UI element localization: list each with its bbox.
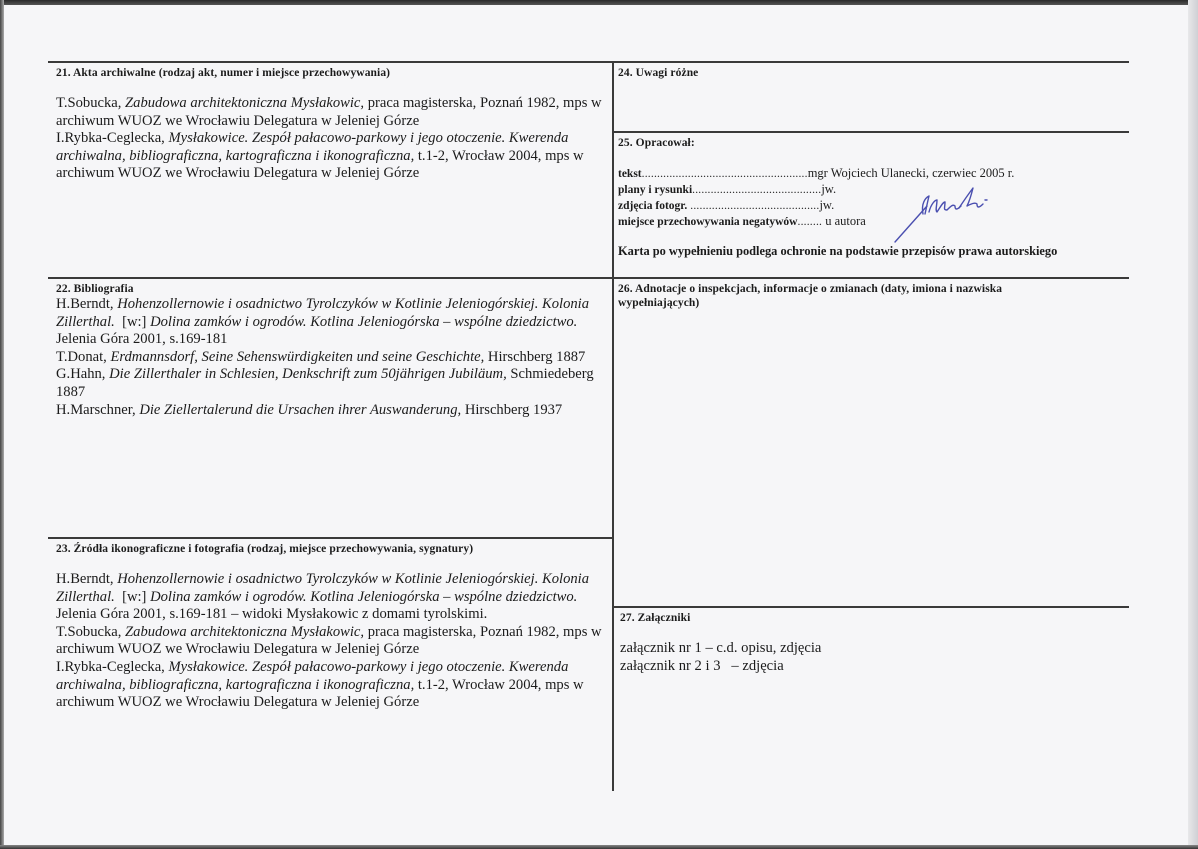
scan-edge-right [1188,0,1198,849]
entry-marschner: H.Marschner, Die Ziellertalerund die Urs… [56,402,608,420]
entry-sobucka: T.Sobucka, Zabudowa architektoniczna Mys… [56,95,608,130]
section-27-attachments: 27. Załączniki załącznik nr 1 – c.d. opi… [620,611,1128,675]
section-21-title: 21. Akta archiwalne (rodzaj akt, numer i… [56,66,608,80]
section-24-title: 24. Uwagi różne [618,66,1128,80]
entry-rybka-ceglecka: I.Rybka-Ceglecka, Mysłakowice. Zespół pa… [56,659,608,712]
rule-s26-s27 [613,606,1129,608]
column-divider [612,61,614,791]
section-25-title: 25. Opracował: [618,136,1128,150]
entry-berndt: H.Berndt, Hohenzollernowie i osadnictwo … [56,571,608,624]
row-text-author: tekst...................................… [618,166,1128,182]
scan-edge-bottom [0,845,1198,849]
signature-icon [893,184,1033,244]
section-27-title: 27. Załączniki [620,611,1128,625]
section-23-title: 23. Źródła ikonograficzne i fotografia (… [56,542,608,556]
section-25-rows: tekst...................................… [618,166,1128,230]
section-26-title: 26. Adnotacje o inspekcjach, informacje … [618,282,1058,310]
section-21-entries: T.Sobucka, Zabudowa architektoniczna Mys… [56,95,608,183]
copyright-notice: Karta po wypełnieniu podlega ochronie na… [618,244,1128,259]
rule-s24-s25 [613,131,1129,133]
section-22-title: 22. Bibliografia [56,282,608,296]
row-plans-drawings: plany i rysunki.........................… [618,182,1128,198]
section-21-archival-records: 21. Akta archiwalne (rodzaj akt, numer i… [56,66,608,183]
section-26-annotations: 26. Adnotacje o inspekcjach, informacje … [618,282,1058,310]
row-negatives-location: miejsce przechowywania negatywów........… [618,214,1128,230]
rule-top [48,61,1129,63]
entry-donat: T.Donat, Erdmannsdorf, Seine Sehenswürdi… [56,349,608,367]
section-23-iconographic-sources: 23. Źródła ikonograficzne i fotografia (… [56,542,608,712]
attachment-item: załącznik nr 1 – c.d. opisu, zdjęcia [620,640,1128,658]
row-photos: zdjęcia fotogr. ........................… [618,198,1128,214]
section-25-prepared-by: 25. Opracował: tekst....................… [618,136,1128,259]
section-24-remarks: 24. Uwagi różne [618,66,1128,80]
section-22-entries: H.Berndt, Hohenzollernowie i osadnictwo … [56,296,608,419]
entry-hahn: G.Hahn, Die Zillerthaler in Schlesien, D… [56,366,608,401]
rule-s22-s23 [48,537,613,539]
entry-berndt: H.Berndt, Hohenzollernowie i osadnictwo … [56,296,608,349]
rule-row2 [48,277,1129,279]
attachment-item: załącznik nr 2 i 3 – zdjęcia [620,658,1128,676]
attachment-list: załącznik nr 1 – c.d. opisu, zdjęcia zał… [620,640,1128,675]
entry-rybka-ceglecka: I.Rybka-Ceglecka, Mysłakowice. Zespół pa… [56,130,608,183]
entry-sobucka: T.Sobucka, Zabudowa architektoniczna Mys… [56,624,608,659]
section-23-entries: H.Berndt, Hohenzollernowie i osadnictwo … [56,571,608,712]
section-22-bibliography: 22. Bibliografia H.Berndt, Hohenzollerno… [56,282,608,419]
